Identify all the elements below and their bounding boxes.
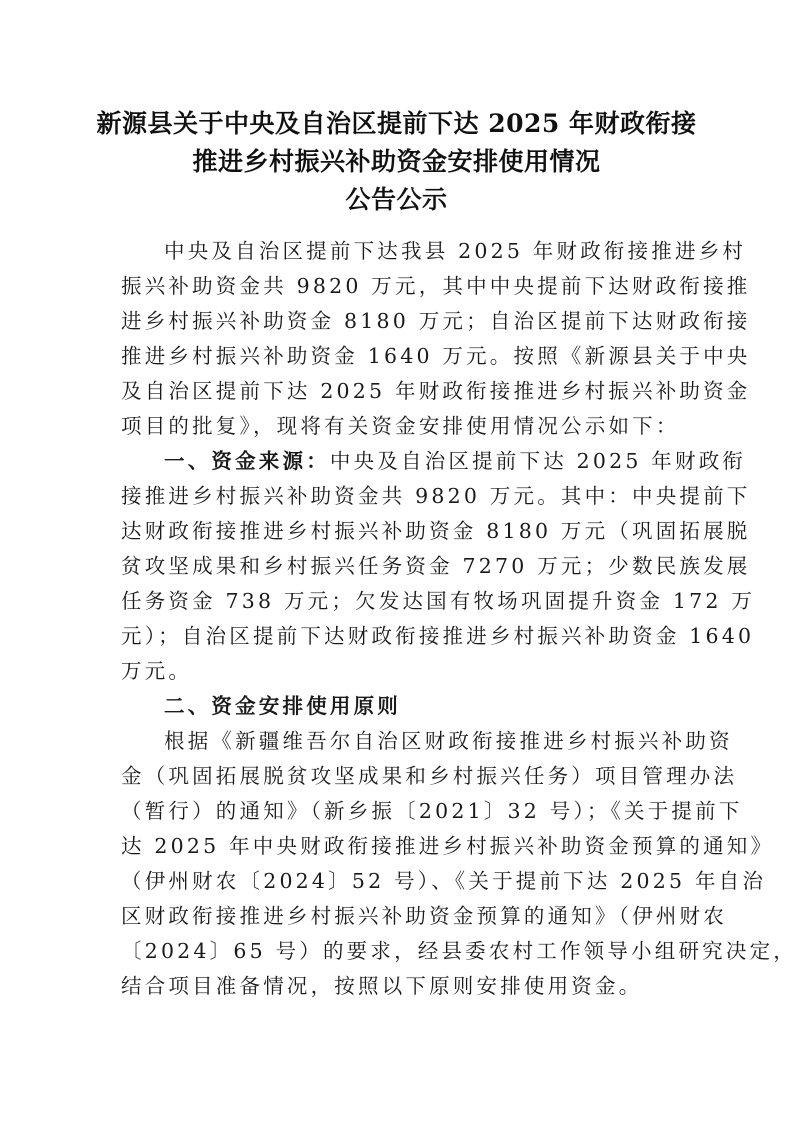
section2-line: （暂行）的通知》（新乡振〔2021〕32 号）；《关于提前下 <box>121 796 673 826</box>
section2-line: （伊州财农〔2024〕52 号）、《关于提前下达 2025 年自治 <box>121 866 673 896</box>
section2-line: 〔2024〕65 号）的要求，经县委农村工作领导小组研究决定， <box>121 936 673 966</box>
section1-heading: 一、资金来源： <box>164 449 330 473</box>
title-line-1: 新源县关于中央及自治区提前下达 2025 年财政衔接 <box>0 104 793 140</box>
section1-line: 贫攻坚成果和乡村振兴任务资金 7270 万元；少数民族发展 <box>121 551 673 581</box>
intro-line: 及自治区提前下达 2025 年财政衔接推进乡村振兴补助资金 <box>121 376 673 406</box>
section2-line: 区财政衔接推进乡村振兴补助资金预算的通知》（伊州财农 <box>121 901 673 931</box>
section2-line: 根据《新疆维吾尔自治区财政衔接推进乡村振兴补助资 <box>164 726 674 756</box>
intro-line: 振兴补助资金共 9820 万元，其中中央提前下达财政衔接推 <box>121 271 673 301</box>
section1-line: 万元。 <box>121 656 673 686</box>
document-page: 新源县关于中央及自治区提前下达 2025 年财政衔接 推进乡村振兴补助资金安排使… <box>0 0 793 1122</box>
section1-line: 任务资金 738 万元；欠发达国有牧场巩固提升资金 172 万 <box>121 586 673 616</box>
section1-first-line: 一、资金来源：中央及自治区提前下达 2025 年财政衔 <box>164 446 674 476</box>
title-line-2: 推进乡村振兴补助资金安排使用情况 <box>0 142 793 178</box>
section2-heading: 二、资金安排使用原则 <box>164 691 674 721</box>
section2-line: 结合项目准备情况，按照以下原则安排使用资金。 <box>121 971 673 1001</box>
section1-line: 达财政衔接推进乡村振兴补助资金 8180 万元（巩固拓展脱 <box>121 516 673 546</box>
section1-first-line-text: 中央及自治区提前下达 2025 年财政衔 <box>330 449 746 473</box>
section1-line: 接推进乡村振兴补助资金共 9820 万元。其中：中央提前下 <box>121 481 673 511</box>
title-line-3: 公告公示 <box>0 180 793 216</box>
section2-line: 达 2025 年中央财政衔接推进乡村振兴补助资金预算的通知》 <box>121 831 673 861</box>
intro-line: 项目的批复》，现将有关资金安排使用情况公示如下： <box>121 411 673 441</box>
section2-line: 金（巩固拓展脱贫攻坚成果和乡村振兴任务）项目管理办法 <box>121 761 673 791</box>
section1-line: 元）；自治区提前下达财政衔接推进乡村振兴补助资金 1640 <box>121 621 673 651</box>
intro-line: 进乡村振兴补助资金 8180 万元；自治区提前下达财政衔接 <box>121 306 673 336</box>
intro-line: 推进乡村振兴补助资金 1640 万元。按照《新源县关于中央 <box>121 341 673 371</box>
intro-line: 中央及自治区提前下达我县 2025 年财政衔接推进乡村 <box>164 236 674 266</box>
